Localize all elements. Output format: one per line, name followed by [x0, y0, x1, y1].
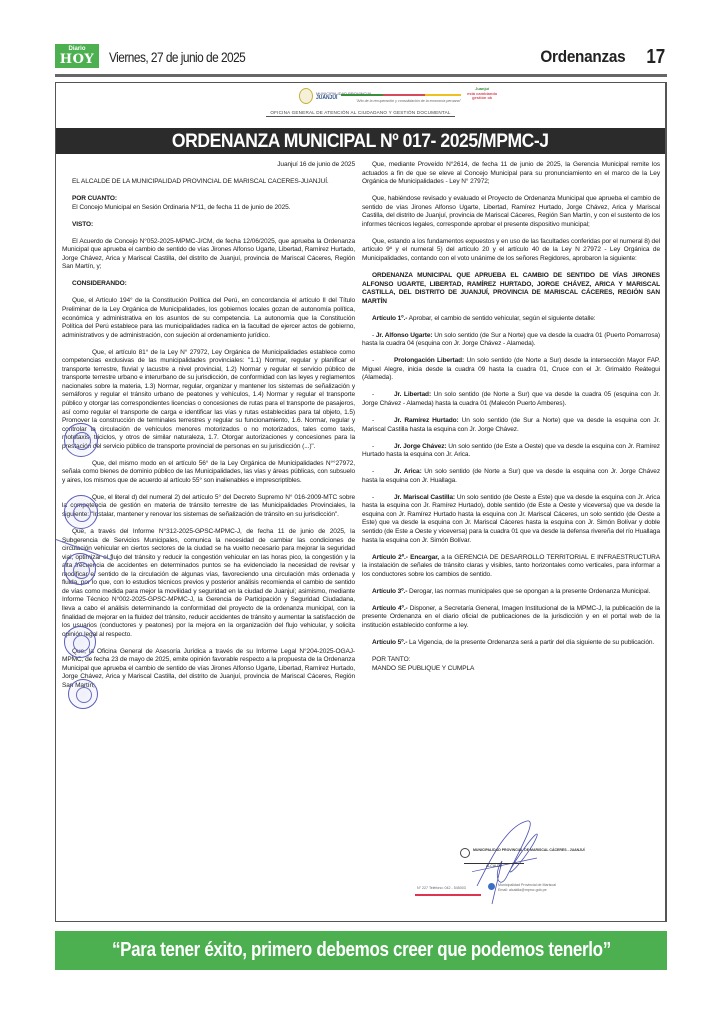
article-2: Artículo 2º.- Encargar, a la GERENCIA DE…: [362, 554, 660, 580]
street-item: -Prolongación Libertad: Un solo sentido …: [362, 357, 660, 383]
letterhead: MUNICIPALIDAD PROVINCIAL JUANJUÍ "Año de…: [56, 83, 665, 128]
street-item: -Jr. Ramírez Hurtado: Un solo sentido (d…: [362, 417, 660, 434]
ordinance-frame: MUNICIPALIDAD PROVINCIAL JUANJUÍ "Año de…: [55, 82, 667, 922]
signature-seal-icon: [460, 848, 470, 858]
street-item: -Jr. Libertad: Un solo sentido (de Norte…: [362, 391, 660, 408]
newspaper-logo: Diario HOY: [55, 44, 99, 68]
signature-registry: N° 227 Teléfono: 042 - 545003: [417, 886, 466, 890]
por-cuanto-heading: POR CUANTO:: [62, 195, 355, 204]
signature-red-line: [415, 894, 481, 896]
article-5: Artículo 5º.- La Vigencia, de la present…: [362, 639, 660, 648]
signature-org: MUNICIPALIDAD PROVINCIAL DE MARISCAL CÁC…: [473, 848, 585, 852]
quote-banner: “Para tener éxito, primero debemos creer…: [55, 931, 667, 970]
logo-big-text: HOY: [55, 53, 99, 66]
approval-stamp-icon: [64, 423, 98, 457]
letterhead-brand: Juanjuí está cambiando gestión ok: [467, 87, 497, 101]
considerando-paragraph: Que, el artículo 81° de la Ley N° 27972,…: [62, 349, 355, 452]
considerando-paragraph: Que, el Artículo 194° de la Constitución…: [62, 297, 355, 340]
issue-date: Viernes, 27 de junio de 2025: [109, 50, 245, 65]
ordinance-heading: ORDENANZA MUNICIPAL QUE APRUEBA EL CAMBI…: [362, 272, 660, 306]
street-item: -Jr. Jorge Chávez: Un solo sentido (de E…: [362, 443, 660, 460]
considerando-heading: CONSIDERANDO:: [62, 280, 355, 289]
article-4: Artículo 4º.- Disponer, a Secretaría Gen…: [362, 605, 660, 631]
considerando-paragraph: Que, mediante Proveído N°2614, de fecha …: [362, 161, 660, 187]
signature-contact: Municipalidad Provincial de Mariscal Ema…: [498, 883, 556, 892]
letterhead-color-line: [341, 94, 461, 96]
street-item: -Jr. Arica: Un solo sentido (de Norte a …: [362, 468, 660, 485]
street-item: -Jr. Mariscal Castilla: Un solo sentido …: [362, 494, 660, 545]
considerando-paragraph: Que, la Oficina General de Asesoría Jurí…: [62, 648, 355, 691]
place-date: Juanjuí 16 de junio de 2025: [62, 161, 355, 170]
signature-block: MUNICIPALIDAD PROVINCIAL DE MARISCAL CÁC…: [420, 808, 610, 908]
considerando-paragraph: Que, estando a los fundamentos expuestos…: [362, 238, 660, 264]
municipal-seal-icon: [299, 88, 313, 104]
page-number: 17: [646, 46, 665, 69]
considerando-paragraph: Que, habiéndose revisado y evaluado el P…: [362, 195, 660, 229]
left-column: Juanjuí 16 de junio de 2025 EL ALCALDE D…: [62, 161, 355, 699]
approval-stamp-icon: [64, 553, 96, 585]
signature-scribble-icon: [472, 816, 542, 906]
closing-mando: MANDO SE PUBLIQUE Y CUMPLA: [362, 665, 660, 674]
article-3: Artículo 3º.- Derogar, las normas munici…: [362, 588, 660, 597]
considerando-paragraph: Que, a través del Informe N°312-2025-GPS…: [62, 528, 355, 639]
approval-stamp-icon: [68, 679, 98, 709]
article-1: Artículo 1º.- Aprobar, el cambio de sent…: [362, 315, 660, 324]
signature-name: ALCALDE: [464, 863, 524, 868]
visto-heading: VISTO:: [62, 221, 355, 230]
header-rule: [55, 74, 667, 77]
approval-stamp-icon: [64, 495, 98, 529]
ordinance-title: ORDENANZA MUNICIPAL Nº 017- 2025/MPMC-J: [56, 128, 665, 154]
por-cuanto-text: El Concejo Municipal en Sesión Ordinaria…: [62, 204, 355, 213]
considerando-paragraph: Que, el literal d) del numeral 2) del ar…: [62, 494, 355, 520]
visto-text: El Acuerdo de Concejo N°052-2025-MPMC-J/…: [62, 238, 355, 272]
masthead: Diario HOY Viernes, 27 de junio de 2025 …: [55, 44, 667, 76]
section-name: Ordenanzas: [540, 47, 625, 67]
letterhead-motto: "Año de la recuperación y consolidación …: [356, 99, 461, 103]
facebook-icon: [488, 883, 495, 890]
closing-por-tanto: POR TANTO:: [362, 656, 660, 665]
alcalde-line: EL ALCALDE DE LA MUNICIPALIDAD PROVINCIA…: [62, 178, 355, 187]
right-column: Que, mediante Proveído N°2614, de fecha …: [362, 161, 660, 682]
street-item: - Jr. Alfonso Ugarte: Un solo sentido (d…: [362, 332, 660, 349]
letterhead-office: OFICINA GENERAL DE ATENCIÓN AL CIUDADANO…: [56, 110, 665, 115]
approval-stamp-icon: [64, 626, 96, 658]
considerando-paragraph: Que, del mismo modo en el artículo 56° d…: [62, 460, 355, 486]
